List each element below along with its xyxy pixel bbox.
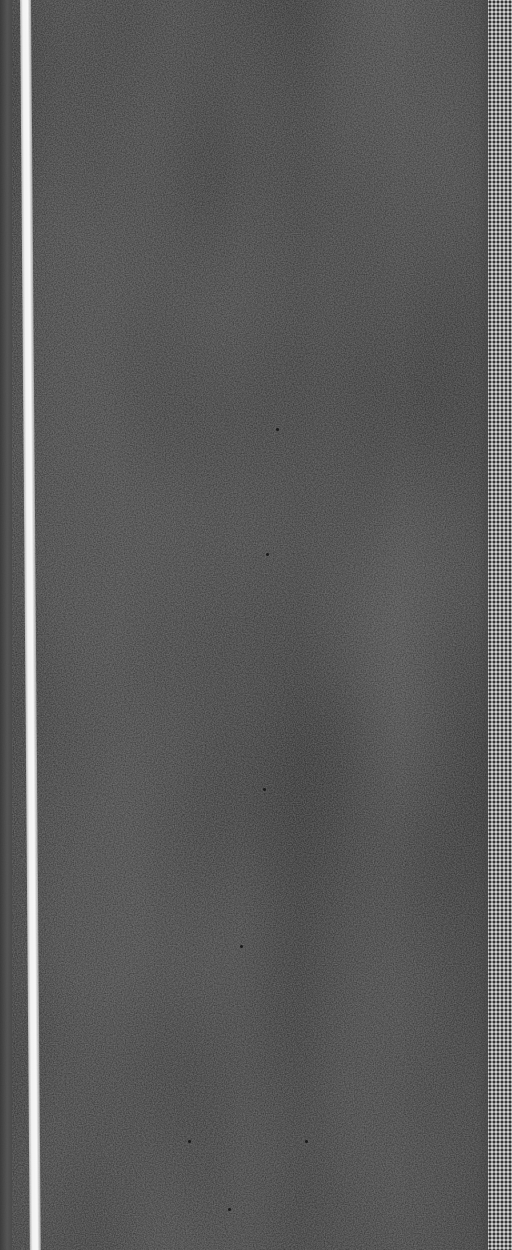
speck	[266, 553, 269, 556]
speck	[305, 1140, 308, 1143]
speck	[188, 1140, 191, 1143]
road-shoulder	[0, 0, 12, 1250]
road-photo	[0, 0, 512, 1250]
halftone-edge-strip	[488, 0, 512, 1250]
speck	[263, 788, 266, 791]
speck	[276, 428, 279, 431]
speck	[240, 945, 243, 948]
asphalt-grain	[0, 0, 512, 1250]
speck	[228, 1208, 231, 1211]
